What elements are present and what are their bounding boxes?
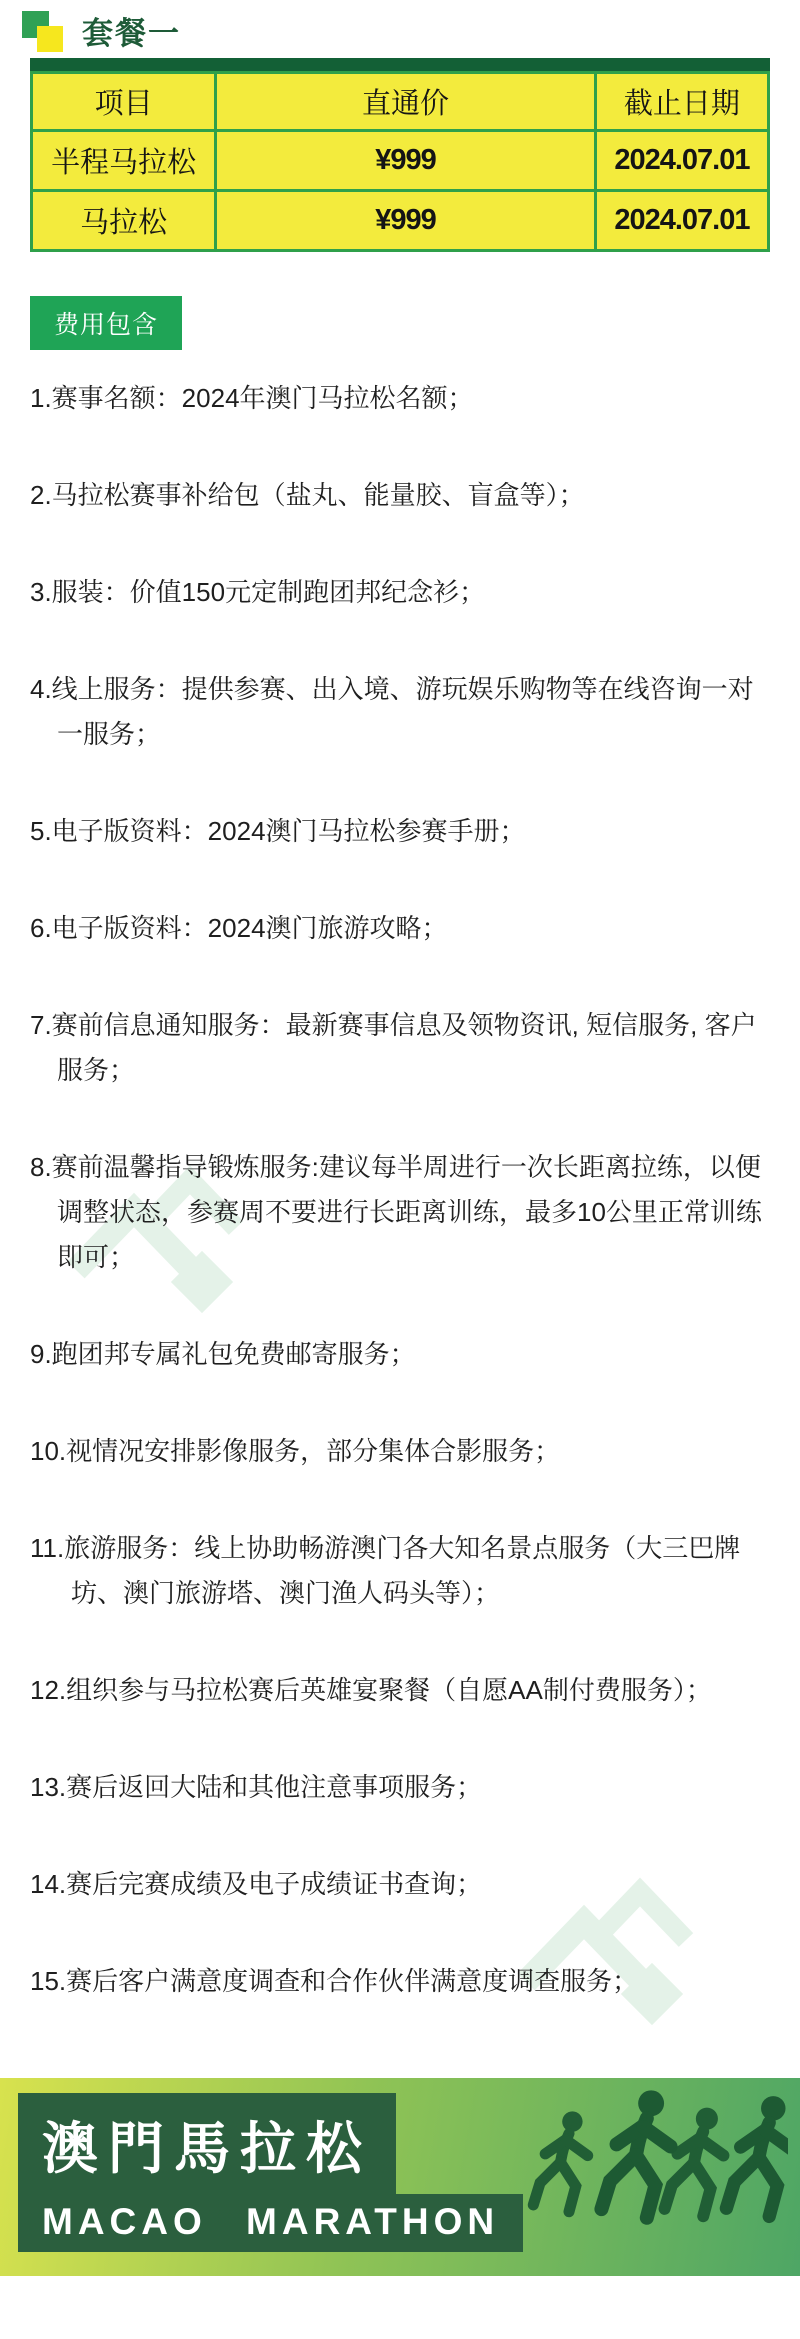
list-item: 9.跑团邦专属礼包免费邮寄服务； <box>30 1332 772 1377</box>
table-row: 马拉松 ¥999 2024.07.01 <box>32 191 769 251</box>
footer-banner: 澳門馬拉松 MACAO MARATHON <box>0 2078 800 2276</box>
row-price: ¥999 <box>216 191 596 251</box>
section-badge: 费用包含 <box>30 296 182 350</box>
table-top-bar <box>30 58 770 71</box>
list-item: 2.马拉松赛事补给包（盐丸、能量胶、盲盒等）； <box>30 473 772 518</box>
row-deadline: 2024.07.01 <box>595 191 768 251</box>
col-header-item: 项目 <box>32 73 216 131</box>
col-header-deadline: 截止日期 <box>595 73 768 131</box>
poster-page: 套餐一 项目 直通价 截止日期 半程马拉松 ¥999 2024.07.01 <box>0 0 800 2339</box>
row-item-name: 马拉松 <box>32 191 216 251</box>
list-item: 4.线上服务：提供参赛、出入境、游玩娱乐购物等在线咨询一对一服务； <box>30 667 772 757</box>
list-item: 11.旅游服务：线上协助畅游澳门各大知名景点服务（大三巴牌坊、澳门旅游塔、澳门渔… <box>30 1526 772 1616</box>
table-row: 半程马拉松 ¥999 2024.07.01 <box>32 131 769 191</box>
list-item: 1.赛事名额：2024年澳门马拉松名额； <box>30 376 772 421</box>
list-item: 5.电子版资料：2024澳门马拉松参赛手册； <box>30 809 772 854</box>
row-deadline: 2024.07.01 <box>595 131 768 191</box>
price-table: 项目 直通价 截止日期 半程马拉松 ¥999 2024.07.01 马拉松 ¥9… <box>30 58 770 252</box>
col-header-price: 直通价 <box>216 73 596 131</box>
row-price: ¥999 <box>216 131 596 191</box>
row-item-name: 半程马拉松 <box>32 131 216 191</box>
price-table-grid: 项目 直通价 截止日期 半程马拉松 ¥999 2024.07.01 马拉松 ¥9… <box>30 71 770 252</box>
runners-illustration <box>516 2084 788 2270</box>
yellow-square-icon <box>37 26 63 52</box>
title-marker-icon <box>22 9 64 53</box>
benefits-list: 1.赛事名额：2024年澳门马拉松名额； 2.马拉松赛事补给包（盐丸、能量胶、盲… <box>30 376 772 2056</box>
list-item: 14.赛后完赛成绩及电子成绩证书查询； <box>30 1862 772 1907</box>
page-title: 套餐一 <box>82 8 181 53</box>
list-item: 7.赛前信息通知服务：最新赛事信息及领物资讯, 短信服务, 客户服务； <box>30 1003 772 1093</box>
list-item: 12.组织参与马拉松赛后英雄宴聚餐（自愿AA制付费服务）； <box>30 1668 772 1713</box>
list-item: 15.赛后客户满意度调查和合作伙伴满意度调查服务； <box>30 1959 772 2004</box>
list-item: 13.赛后返回大陆和其他注意事项服务； <box>30 1765 772 1810</box>
footer-title-en: MACAO MARATHON <box>18 2194 523 2252</box>
list-item: 3.服装：价值150元定制跑团邦纪念衫； <box>30 570 772 615</box>
page-header: 套餐一 <box>22 8 181 53</box>
list-item: 8.赛前温馨指导锻炼服务:建议每半周进行一次长距离拉练，以便调整状态，参赛周不要… <box>30 1145 772 1280</box>
table-header-row: 项目 直通价 截止日期 <box>32 73 769 131</box>
list-item: 10.视情况安排影像服务，部分集体合影服务； <box>30 1429 772 1474</box>
list-item: 6.电子版资料：2024澳门旅游攻略； <box>30 906 772 951</box>
footer-title-zh: 澳門馬拉松 <box>18 2093 396 2199</box>
